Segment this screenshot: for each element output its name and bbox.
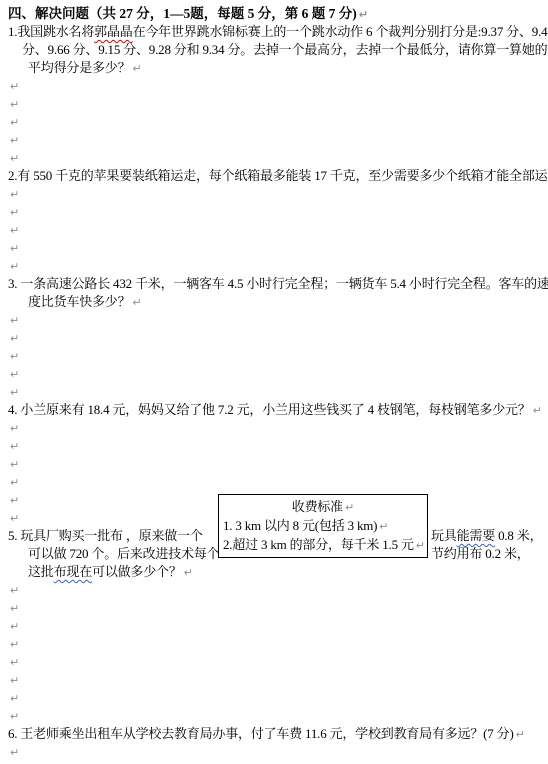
q4-line: 4. 小兰原来有 18.4 元，妈妈又给了他 7.2 元，小兰用这些钱买了 4 … [8,401,548,419]
pilcrow-mark: ↵ [10,746,19,759]
fee-box-item-text: 1. 3 km 以内 8 元(包括 3 km) [223,518,377,533]
pilcrow-mark: ↵ [10,620,19,633]
fee-box-title: 收费标准 [292,499,343,514]
q3-text: 度比货车快多少？ [28,294,130,309]
empty-line: ↵ [8,581,548,599]
pilcrow-mark: ↵ [10,638,19,651]
pilcrow-mark: ↵ [10,440,19,453]
pilcrow-mark: ↵ [359,8,368,21]
q1-text: 平均得分是多少？ [28,60,130,75]
q2-line: 2.有 550 千克的苹果要装纸箱运走，每个纸箱最多能装 17 千克，至少需要多… [8,167,548,185]
q3-line-1: 3. 一条高速公路长 432 千米，一辆客车 4.5 小时行完全程；一辆货车 5… [8,275,548,293]
q5-text: 可以做 720 个。后来改进技术每个 [28,546,219,561]
q5-right-line-1: 玩具能需要 0.8 米， [431,527,542,545]
q1-text: 分、9.66 分、9.15 分、9.28 分和 9.34 分。去掉一个最高分，去… [22,42,547,57]
empty-line: ↵ [8,239,548,257]
pilcrow-mark: ↵ [10,116,19,129]
q1-text: 在今年世界跳水锦标赛上的一个跳水动作 6 个裁判分别打分是:9.37 分、9.4… [133,24,548,39]
pilcrow-mark: ↵ [10,584,19,597]
pilcrow-mark: ↵ [10,350,19,363]
pilcrow-mark: ↵ [10,602,19,615]
pilcrow-mark: ↵ [132,296,141,309]
q5-text: 5. 玩具厂购买一批布 ，原来做一个 [8,528,203,543]
document-page: 四、解决问题（共 27 分，1—5题，每题 5 分，第 6 题 7 分)↵ 1.… [0,0,548,764]
pilcrow-mark: ↵ [379,520,388,533]
q5-text: 可以做多少个？ [92,564,182,579]
empty-line: ↵ [8,437,548,455]
empty-line: ↵ [8,617,548,635]
pilcrow-mark: ↵ [10,98,19,111]
q1-line-1: 1.我国跳水名将郭晶晶在今年世界跳水锦标赛上的一个跳水动作 6 个裁判分别打分是… [8,23,548,41]
pilcrow-mark: ↵ [416,539,425,552]
empty-line: ↵ [8,347,548,365]
pilcrow-mark: ↵ [10,512,19,525]
q5-text: 节约用布 0.2 米， [431,546,530,561]
pilcrow-mark: ↵ [132,62,141,75]
fee-box-item-2: 2.超过 3 km 的部分，每千米 1.5 元↵ [223,535,423,554]
pilcrow-mark: ↵ [10,656,19,669]
q6-line: 6. 王老师乘坐出租车从学校去教育局办事，付了车费 11.6 元，学校到教育局有… [8,725,548,743]
q3-text: 3. 一条高速公路长 432 千米，一辆客车 4.5 小时行完全程；一辆货车 5… [8,276,548,291]
q5-line-3: 这批布现在可以做多少个？↵ [8,563,548,581]
fee-standard-box: 收费标准↵ 1. 3 km 以内 8 元(包括 3 km)↵ 2.超过 3 km… [218,494,428,558]
empty-line: ↵ [8,689,548,707]
empty-line: ↵ [8,473,548,491]
pilcrow-mark: ↵ [10,674,19,687]
grammar-flagged-word: 能需要 [457,528,495,543]
empty-line: ↵ [8,419,548,437]
empty-line: ↵ [8,131,548,149]
empty-line: ↵ [8,455,548,473]
misspelled-word: 郭晶晶 [94,24,132,39]
q1-line-3: 平均得分是多少？↵ [8,59,548,77]
section-header-line: 四、解决问题（共 27 分，1—5题，每题 5 分，第 6 题 7 分)↵ [8,5,548,23]
pilcrow-mark: ↵ [10,242,19,255]
pilcrow-mark: ↵ [516,728,525,741]
empty-line: ↵ [8,311,548,329]
q2-text: 2.有 550 千克的苹果要装纸箱运走，每个纸箱最多能装 17 千克，至少需要多… [8,168,548,183]
q1-line-2: 分、9.66 分、9.15 分、9.28 分和 9.34 分。去掉一个最高分，去… [8,41,548,59]
q5-right-line-2: 节约用布 0.2 米， [431,545,542,563]
pilcrow-mark: ↵ [10,134,19,147]
empty-line: ↵ [8,635,548,653]
empty-line: ↵ [8,599,548,617]
empty-line: ↵ [8,203,548,221]
q5-text: 玩具 [431,528,457,543]
empty-line: ↵ [8,743,548,761]
pilcrow-mark: ↵ [10,206,19,219]
pilcrow-mark: ↵ [10,422,19,435]
pilcrow-mark: ↵ [10,368,19,381]
q3-line-2: 度比货车快多少？↵ [8,293,548,311]
pilcrow-mark: ↵ [10,260,19,273]
empty-line: ↵ [8,707,548,725]
pilcrow-mark: ↵ [10,152,19,165]
empty-line: ↵ [8,221,548,239]
pilcrow-mark: ↵ [10,494,19,507]
empty-line: ↵ [8,365,548,383]
empty-line: ↵ [8,671,548,689]
grammar-flagged-word: 布现在 [54,564,92,579]
empty-line: ↵ [8,383,548,401]
section-title: 四、解决问题（共 27 分，1—5题，每题 5 分，第 6 题 7 分) [8,6,357,21]
pilcrow-mark: ↵ [10,386,19,399]
pilcrow-mark: ↵ [10,332,19,345]
q5-right-fragment: 玩具能需要 0.8 米， 节约用布 0.2 米， [431,527,542,563]
pilcrow-mark: ↵ [10,80,19,93]
pilcrow-mark: ↵ [345,501,354,514]
q5-text: 0.8 米， [495,528,542,543]
empty-line: ↵ [8,329,548,347]
empty-line: ↵ [8,257,548,275]
empty-line: ↵ [8,653,548,671]
pilcrow-mark: ↵ [533,404,542,417]
pilcrow-mark: ↵ [10,710,19,723]
pilcrow-mark: ↵ [10,458,19,471]
q5-text: 这批 [28,564,54,579]
fee-box-item-text: 2.超过 3 km 的部分，每千米 1.5 元 [223,537,414,552]
empty-line: ↵ [8,95,548,113]
fee-box-title-line: 收费标准↵ [223,497,423,516]
q6-text: 6. 王老师乘坐出租车从学校去教育局办事，付了车费 11.6 元，学校到教育局有… [8,726,514,741]
q4-text: 4. 小兰原来有 18.4 元，妈妈又给了他 7.2 元，小兰用这些钱买了 4 … [8,402,531,417]
pilcrow-mark: ↵ [10,692,19,705]
pilcrow-mark: ↵ [10,476,19,489]
fee-box-item-1: 1. 3 km 以内 8 元(包括 3 km)↵ [223,516,423,535]
empty-line: ↵ [8,113,548,131]
empty-line: ↵ [8,185,548,203]
pilcrow-mark: ↵ [10,314,19,327]
empty-line: ↵ [8,77,548,95]
pilcrow-mark: ↵ [184,566,193,579]
pilcrow-mark: ↵ [10,224,19,237]
empty-line: ↵ [8,149,548,167]
q1-text: 1.我国跳水名将 [8,24,94,39]
pilcrow-mark: ↵ [10,188,19,201]
